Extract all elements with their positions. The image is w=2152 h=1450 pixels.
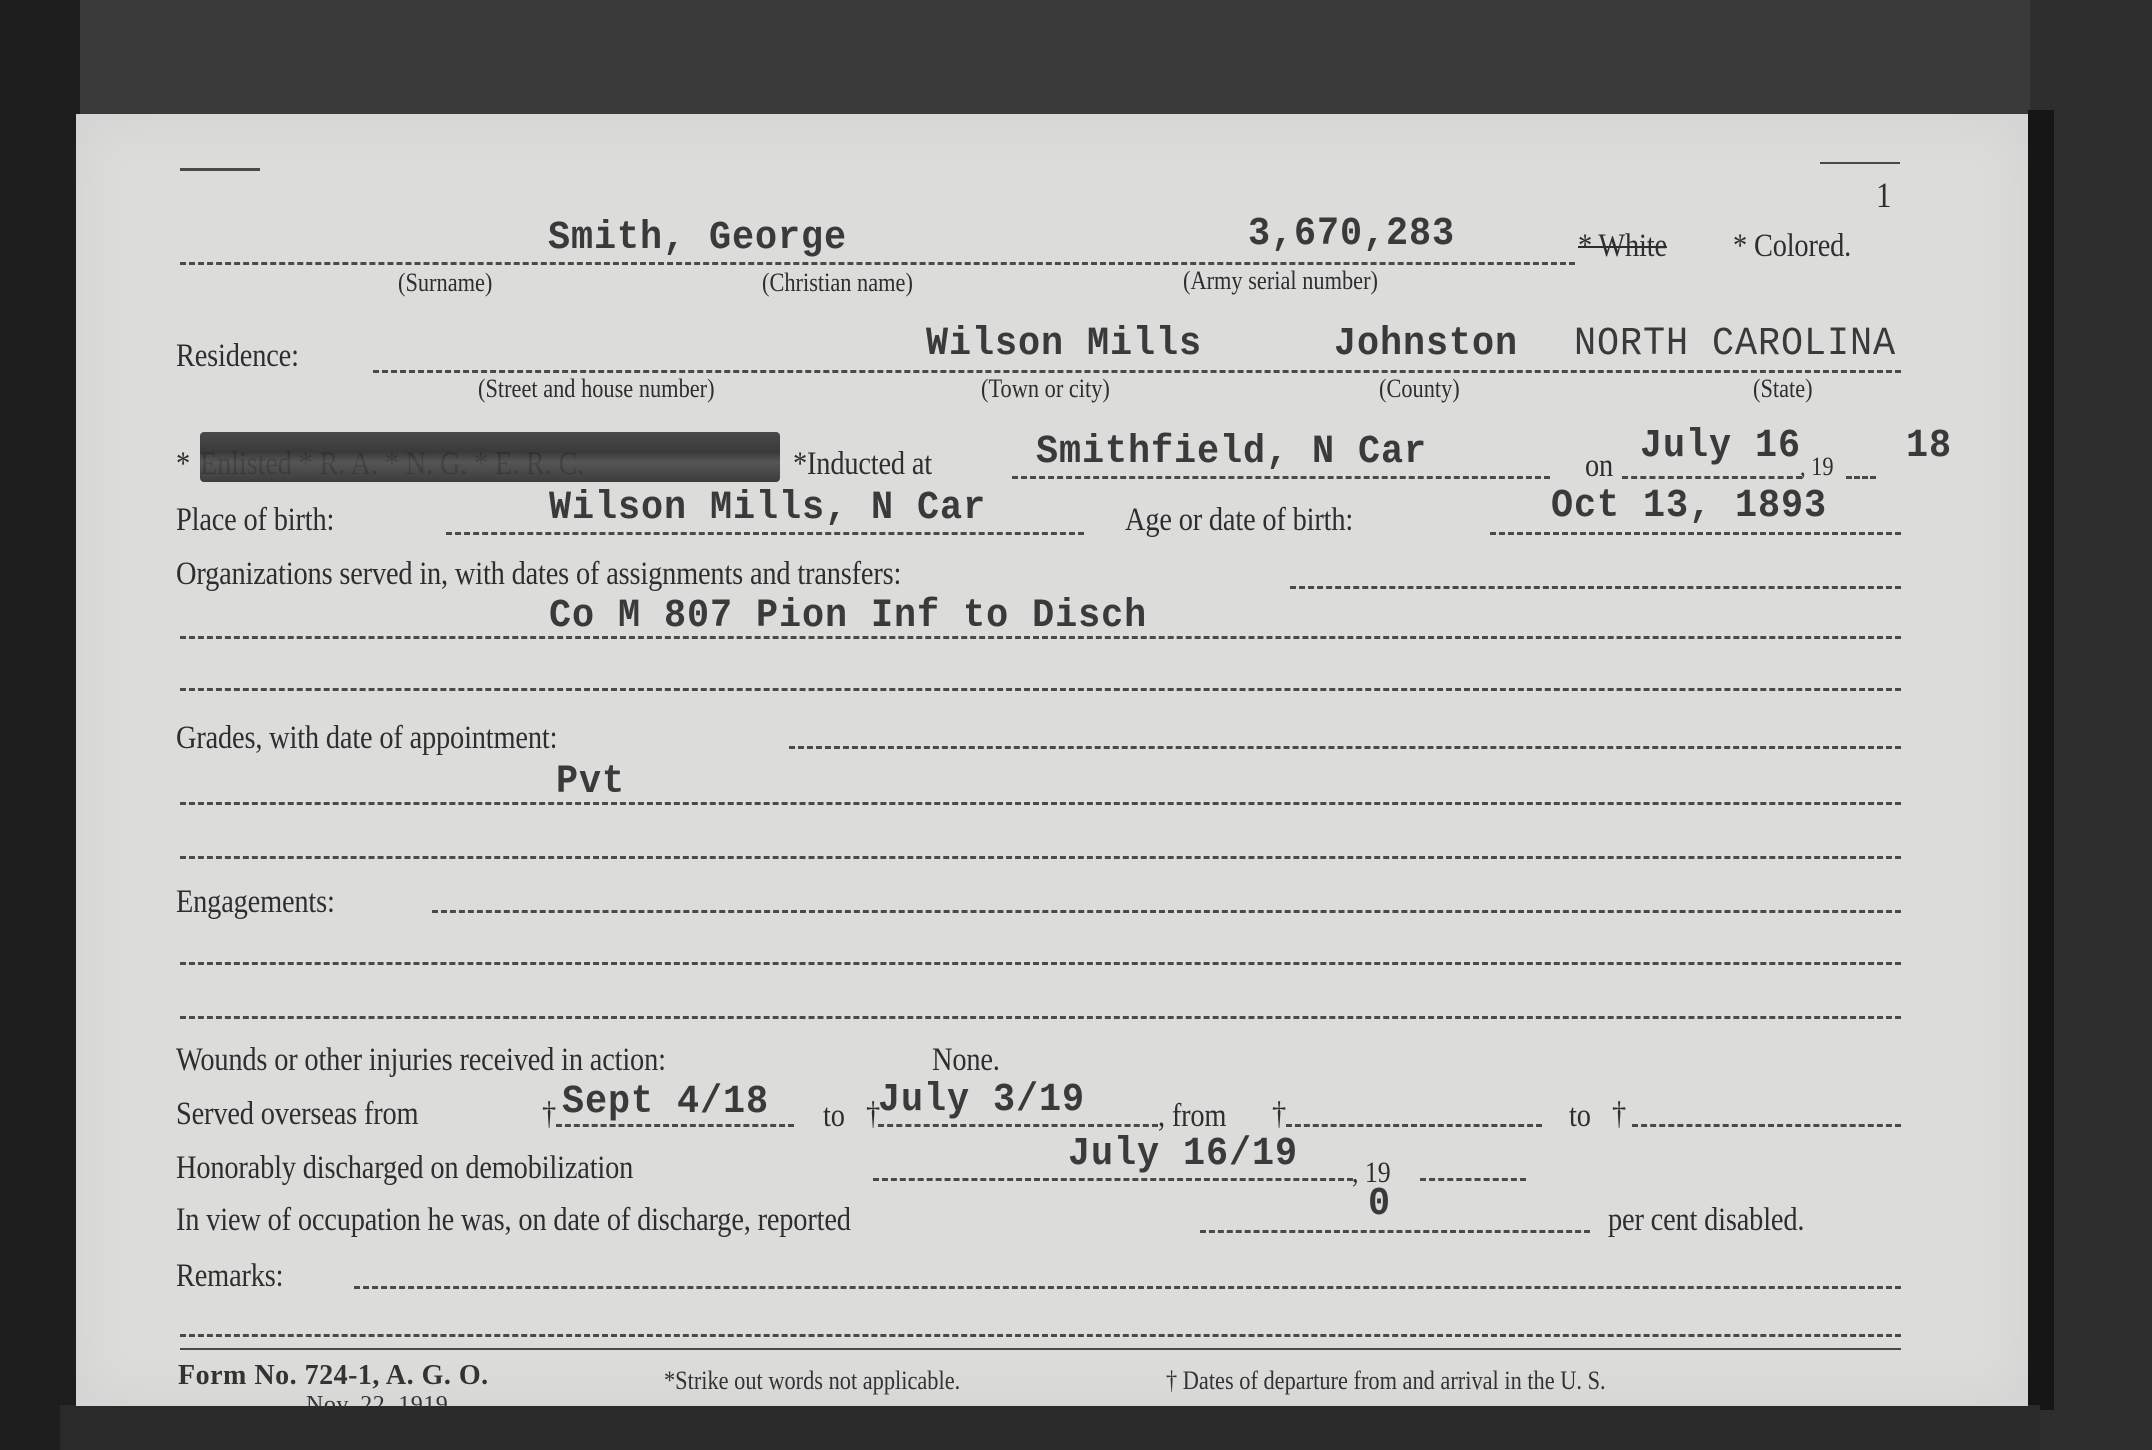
birth-date-label: Age or date of birth:: [1125, 502, 1353, 539]
disability-percent: 0: [1368, 1182, 1391, 1227]
scan-edge-shadow: [2028, 110, 2054, 1410]
birth-place-label: Place of birth:: [176, 502, 334, 539]
organizations-value: Co M 807 Pion Inf to Disch: [549, 594, 1147, 639]
induction-date: July 16: [1640, 424, 1801, 469]
overseas-from-date: Sept 4/18: [562, 1080, 769, 1125]
label-surname: (Surname): [398, 268, 492, 298]
grades-line-2: [180, 856, 1901, 859]
discharge-label: Honorably discharged on demobilization: [176, 1150, 633, 1187]
birth-date-underline: [1490, 532, 1901, 535]
race-white-struck: * White: [1578, 228, 1667, 265]
overseas-to-label: to: [823, 1098, 845, 1135]
residence-underline: [373, 370, 1901, 373]
grades-label: Grades, with date of appointment:: [176, 720, 557, 757]
residence-label: Residence:: [176, 338, 299, 375]
engagements-label: Engagements:: [176, 884, 335, 921]
overseas-label: Served overseas from: [176, 1096, 418, 1133]
organizations-line-2: [180, 688, 1901, 691]
name-underline: [180, 262, 1575, 265]
induction-date-underline: [1622, 476, 1802, 479]
wounds-label: Wounds or other injuries received in act…: [176, 1042, 666, 1079]
overseas-from2-label: , from: [1158, 1098, 1226, 1135]
top-left-dash: [180, 168, 260, 171]
form-number: Form No. 724-1, A. G. O.: [178, 1360, 489, 1392]
footnote-strike-out: *Strike out words not applicable.: [664, 1366, 960, 1396]
organizations-label: Organizations served in, with dates of a…: [176, 556, 901, 593]
footer-rule: [180, 1348, 1901, 1350]
birth-place-value: Wilson Mills, N Car: [549, 486, 986, 531]
inducted-at-label: *Inducted at: [793, 446, 932, 483]
induction-year-underline: [1846, 476, 1876, 479]
discharge-underline: [873, 1178, 1353, 1181]
discharge-year-underline: [1420, 1178, 1526, 1181]
card-number: 1: [1876, 174, 1891, 216]
army-serial-number: 3,670,283: [1248, 212, 1455, 257]
soldier-name: Smith, George: [548, 216, 847, 261]
residence-state: NORTH CAROLINA: [1574, 322, 1896, 367]
grades-label-underline: [789, 746, 1901, 749]
inducted-place: Smithfield, N Car: [1036, 430, 1427, 475]
overseas-to-underline: [878, 1124, 1158, 1127]
remarks-underline: [354, 1286, 1901, 1289]
label-county: (County): [1379, 374, 1460, 404]
remarks-line-2: [180, 1334, 1901, 1337]
overseas-to2-underline: [1632, 1124, 1901, 1127]
residence-county: Johnston: [1334, 322, 1518, 367]
birth-date-value: Oct 13, 1893: [1551, 484, 1827, 529]
wounds-value: None.: [932, 1042, 1000, 1079]
label-serial-number: (Army serial number): [1183, 266, 1378, 296]
engagements-underline: [432, 910, 1901, 913]
disability-underline: [1200, 1230, 1590, 1233]
overseas-dagger-1: †: [542, 1096, 556, 1133]
overseas-dagger-3: †: [1272, 1096, 1286, 1133]
label-christian-name: (Christian name): [762, 268, 913, 298]
remarks-label: Remarks:: [176, 1258, 283, 1295]
disability-suffix: per cent disabled.: [1608, 1202, 1804, 1239]
overseas-to-date: July 3/19: [878, 1078, 1085, 1123]
label-street: (Street and house number): [478, 374, 715, 404]
induction-year: 18: [1906, 424, 1952, 469]
engagements-line-2: [180, 1016, 1901, 1019]
discharge-date: July 16/19: [1068, 1132, 1298, 1177]
induction-year-prefix: , 19: [1800, 452, 1834, 482]
race-colored: * Colored.: [1733, 228, 1851, 265]
grade-value: Pvt: [556, 760, 625, 805]
birth-place-underline: [446, 532, 1084, 535]
label-state: (State): [1753, 374, 1813, 404]
footnote-dates: † Dates of departure from and arrival in…: [1166, 1366, 1606, 1396]
on-label: on: [1585, 448, 1613, 485]
label-town: (Town or city): [981, 374, 1110, 404]
scan-background-top: [80, 0, 2040, 120]
enlistment-strikeout-mark: [200, 432, 780, 482]
overseas-to2-label: to: [1569, 1098, 1591, 1135]
engagements-line-1: [180, 962, 1901, 965]
top-right-dash: [1820, 162, 1900, 164]
scan-background-bottom-overlay: [60, 1407, 2040, 1450]
inducted-place-underline: [1012, 476, 1550, 479]
induction-asterisk: *: [176, 446, 190, 483]
grades-line-1: [180, 802, 1901, 805]
residence-town: Wilson Mills: [926, 322, 1202, 367]
organizations-label-underline: [1290, 586, 1901, 589]
disability-label: In view of occupation he was, on date of…: [176, 1202, 851, 1239]
overseas-dagger-4: †: [1612, 1096, 1626, 1133]
overseas-from2-underline: [1286, 1124, 1542, 1127]
